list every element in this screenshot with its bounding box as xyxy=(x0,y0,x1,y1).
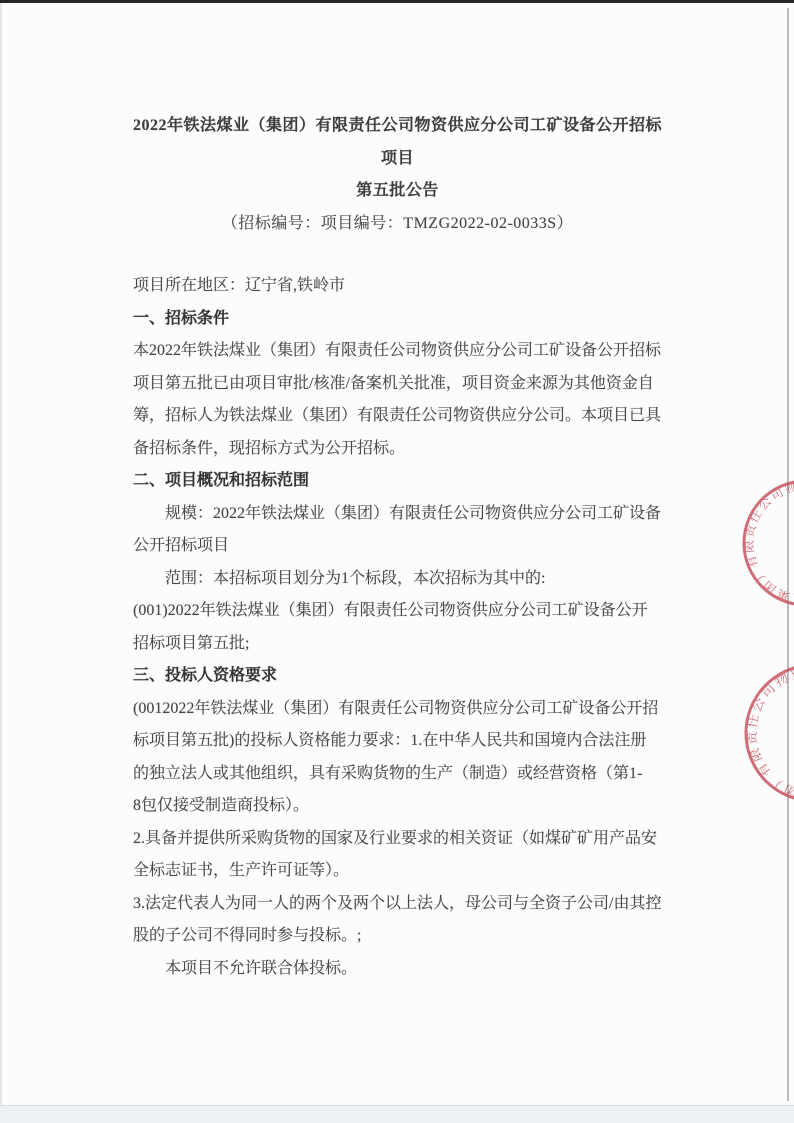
section3-requirement1-cont: 8包仅接受制造商投标）。 xyxy=(133,790,662,823)
section2-lot-line: (001)2022年铁法煤业（集团）有限责任公司物资供应分公司工矿设备公开招标项… xyxy=(133,595,662,660)
bid-number-line: （招标编号：项目编号：TMZG2022-02-0033S） xyxy=(133,208,662,241)
document-title-line2: 第五批公告 xyxy=(133,175,662,208)
seal-ring-text: 铁法煤业（集团）有限责任公司物资供应分公司 xyxy=(732,651,794,815)
company-seal-icon: 铁法煤业（集团）有限责任公司物资供应分公司 ★ xyxy=(732,651,794,815)
section2-scope-line: 范围：本招标项目划分为1个标段，本次招标为其中的: xyxy=(133,563,662,596)
svg-text:铁法煤业（集团）有限责任公司物资供应分公司: 铁法煤业（集团）有限责任公司物资供应分公司 xyxy=(731,468,794,618)
section3-requirement3: 3.法定代表人为同一人的两个及两个以上法人，母公司与全资子公司/由其控股的子公司… xyxy=(133,888,662,953)
section3-requirement2: 2.具备并提供所采购货物的国家及行业要求的相关资证（如煤矿矿用产品安全标志证书，… xyxy=(133,823,662,888)
seal-ring-text: 铁法煤业（集团）有限责任公司物资供应分公司 xyxy=(731,468,794,618)
section2-scale-line: 规模：2022年铁法煤业（集团）有限责任公司物资供应分公司工矿设备公开招标项目 xyxy=(133,498,662,563)
company-seal-icon: 铁法煤业（集团）有限责任公司物资供应分公司 ★ xyxy=(731,468,794,618)
project-location-line: 项目所在地区：辽宁省,铁岭市 xyxy=(133,270,662,303)
section1-heading: 一、招标条件 xyxy=(133,303,662,336)
scanned-document-page: 2022年铁法煤业（集团）有限责任公司物资供应分公司工矿设备公开招标项目 第五批… xyxy=(0,0,794,1123)
document-title-line1: 2022年铁法煤业（集团）有限责任公司物资供应分公司工矿设备公开招标项目 xyxy=(133,110,662,175)
document-body: 2022年铁法煤业（集团）有限责任公司物资供应分公司工矿设备公开招标项目 第五批… xyxy=(0,0,794,985)
section3-no-consortium-note: 本项目不允许联合体投标。 xyxy=(133,953,662,986)
scan-bottom-edge xyxy=(0,1105,794,1123)
section2-heading: 二、项目概况和招标范围 xyxy=(133,465,662,498)
svg-text:铁法煤业（集团）有限责任公司物资供应分公司: 铁法煤业（集团）有限责任公司物资供应分公司 xyxy=(732,651,794,815)
section3-heading: 三、投标人资格要求 xyxy=(133,660,662,693)
section3-requirement1: (0012022年铁法煤业（集团）有限责任公司物资供应分公司工矿设备公开招标项目… xyxy=(133,693,662,791)
section1-body: 本2022年铁法煤业（集团）有限责任公司物资供应分公司工矿设备公开招标项目第五批… xyxy=(133,335,662,465)
seal-star-icon: ★ xyxy=(790,529,794,555)
